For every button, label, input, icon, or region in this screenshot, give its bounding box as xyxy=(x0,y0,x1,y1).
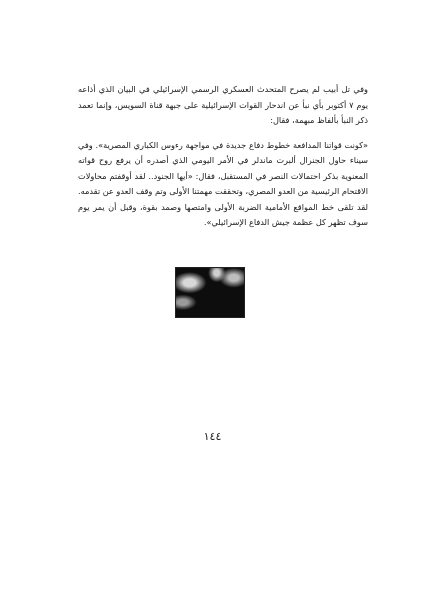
photo-figure xyxy=(175,267,245,318)
document-page: وفي تل أبيب لم يصرح المتحدث العسكري الرس… xyxy=(0,0,425,599)
paragraph: وفي تل أبيب لم يصرح المتحدث العسكري الرس… xyxy=(78,82,368,129)
paragraph: «كونت قواتنا المدافعة خطوط دفاع جديدة في… xyxy=(78,138,368,231)
body-text: وفي تل أبيب لم يصرح المتحدث العسكري الرس… xyxy=(78,82,368,231)
page-number: ١٤٤ xyxy=(0,430,425,443)
